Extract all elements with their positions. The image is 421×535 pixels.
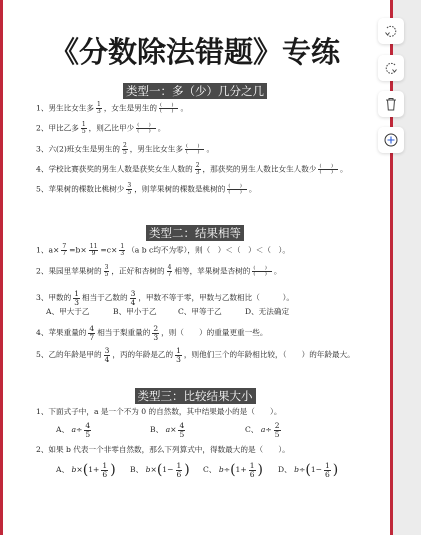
- fraction: 35: [104, 265, 110, 278]
- option-a: A、 b×(1+16): [56, 462, 116, 478]
- question-type2-5: 5、乙的年龄是甲的34，丙的年龄是乙的13，则他们三个的年龄相比较，（ ）的年龄…: [36, 347, 355, 363]
- question-type1-2: 2、甲比乙多15，则乙比甲少( )( )。: [36, 122, 165, 135]
- rotate-ccw-icon: [383, 23, 399, 39]
- rotate-left-button[interactable]: [378, 18, 404, 44]
- option-d: D、无法确定: [245, 308, 289, 316]
- question-type1-4: 4、学校比赛获奖的男生人数是获奖女生人数的23，那获奖的男生人数比女生人数少( …: [36, 163, 348, 176]
- fraction: 15: [81, 122, 87, 135]
- trash-icon: [383, 96, 399, 112]
- fraction: 25: [122, 143, 128, 156]
- fraction: 16: [176, 462, 183, 478]
- fraction: 16: [101, 462, 108, 478]
- plus-circle-icon: [383, 132, 399, 148]
- fraction: 119: [89, 244, 99, 257]
- question-type2-3: 3、甲数的13相当于乙数的34，甲数不等于零，甲数与乙数相比（ ）。: [36, 290, 294, 306]
- fraction: 13: [175, 347, 182, 363]
- section-heading-2: 类型二：结果相等: [0, 222, 390, 241]
- answer-blank-fraction: ( )( ): [227, 184, 247, 195]
- answer-blank-fraction: ( )( ): [318, 164, 338, 175]
- option-d: D、 b÷(1−16): [278, 462, 338, 478]
- option-c: C、 a÷25: [245, 422, 283, 438]
- answer-blank-fraction: ( )( ): [252, 266, 272, 277]
- question-type2-4: 4、苹果重量的47相当于梨重量的23，则（ ）的重量更重一些。: [36, 325, 267, 341]
- question-type1-1: 1、男生比女生多13，女生是男生的( )( )。: [36, 102, 188, 115]
- fraction: 13: [119, 244, 125, 257]
- option-b: B、甲小于乙: [113, 308, 157, 316]
- answer-blank-fraction: ( )( ): [185, 144, 205, 155]
- section-heading-1: 类型一：多（少）几分之几: [0, 80, 390, 99]
- section-heading-3: 类型三：比较结果大小: [0, 385, 390, 404]
- add-button[interactable]: [378, 127, 404, 153]
- fraction: 23: [195, 163, 201, 176]
- question-type1-3: 3、六(2)班女生是男生的25，男生比女生多( )( )。: [36, 143, 214, 156]
- rotate-right-button[interactable]: [378, 55, 404, 81]
- question-type2-2: 2、果园里苹果树的35，正好和杏树的47相等，苹果树是杏树的( )( )。: [36, 265, 281, 278]
- fraction: 25: [274, 422, 281, 438]
- fraction: 45: [84, 422, 91, 438]
- question-type1-5: 5、苹果树的棵数比桃树少35，则苹果树的棵数是桃树的( )( )。: [36, 183, 256, 196]
- option-b: B、 a×45: [150, 422, 187, 438]
- option-a: A、甲大于乙: [46, 308, 89, 316]
- option-b: B、 b×(1−16): [130, 462, 190, 478]
- fraction: 35: [126, 183, 132, 196]
- option-a: A、 a÷45: [56, 422, 93, 438]
- option-c: C、甲等于乙: [178, 308, 222, 316]
- option-c: C、 b÷(1+16): [203, 462, 263, 478]
- fraction: 16: [324, 462, 331, 478]
- fraction: 34: [130, 290, 137, 306]
- rotate-cw-icon: [383, 60, 399, 76]
- question-type3-1: 1、下面式子中，a 是一个不为 0 的自然数，其中结果最小的是（ ）。: [36, 408, 281, 416]
- question-type2-1: 1、a×77=b×119=c×13（a b c均不为零），则（ ）＜（ ）＜（ …: [36, 244, 290, 257]
- fraction: 23: [152, 325, 159, 341]
- fraction: 45: [178, 422, 185, 438]
- fraction: 13: [73, 290, 80, 306]
- fraction: 16: [249, 462, 256, 478]
- fraction: 47: [88, 325, 95, 341]
- fraction: 77: [61, 244, 67, 257]
- answer-blank-fraction: ( )( ): [159, 103, 179, 114]
- document-title: 《分数除法错题》专练: [0, 30, 390, 71]
- fraction: 47: [167, 265, 173, 278]
- delete-button[interactable]: [378, 91, 404, 117]
- answer-blank-fraction: ( )( ): [136, 123, 156, 134]
- question-type3-2: 2、如果 b 代表一个非零自然数，那么下列算式中，得数最大的是（ ）。: [36, 446, 290, 454]
- fraction: 34: [104, 347, 111, 363]
- fraction: 13: [96, 102, 102, 115]
